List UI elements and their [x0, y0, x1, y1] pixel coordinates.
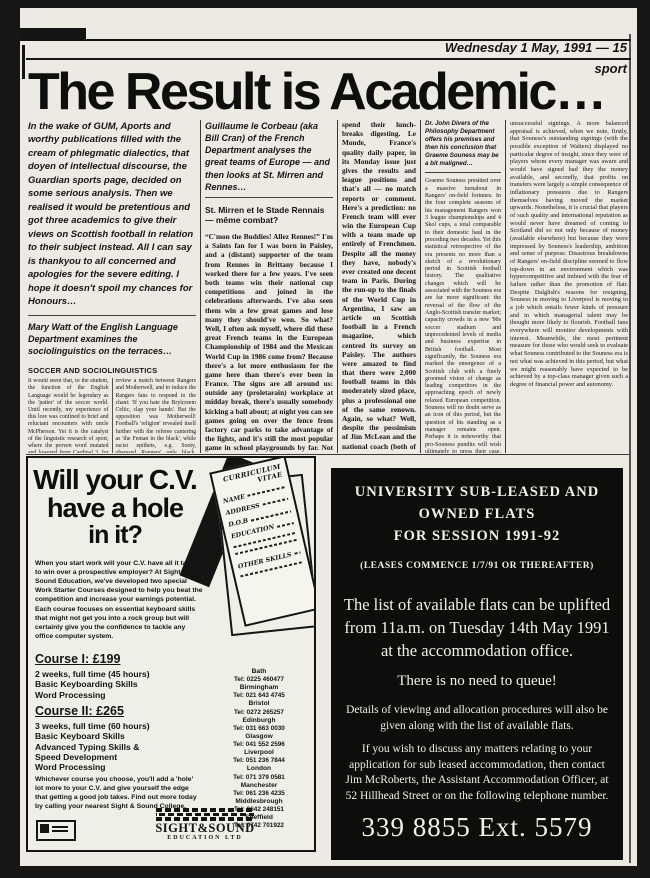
course-2-block: Course II: £265 3 weeks, full time (60 h… — [35, 704, 211, 773]
course-2-detail: Word Processing — [35, 762, 211, 772]
phone-entry: BathTel: 0225 460477 — [208, 668, 310, 684]
byline-french: Guillaume le Corbeau (aka Bill Cran) of … — [205, 120, 333, 198]
flats-ad-no-queue: There is no need to queue! — [343, 672, 611, 692]
flats-ad-paragraph-3: Details of viewing and allocation proced… — [343, 703, 611, 734]
column-rule — [505, 120, 506, 453]
handwriting-line — [294, 552, 301, 555]
phone-entry: LiverpoolTel: 051 236 7844 — [208, 749, 310, 765]
article-columns: In the wake of GUM, Aports and worthy pu… — [28, 120, 629, 453]
cv-label-name: NAME — [222, 493, 245, 505]
phone-directory: BathTel: 0225 460477 BirminghamTel: 021 … — [208, 668, 310, 830]
cv-ad-headline: Will your C.V. have a hole in it? — [30, 466, 200, 548]
byline-sociolinguistics: Mary Watt of the English Language Depart… — [28, 321, 196, 357]
french-text-2: spend their lunch-breaks digesting. Le M… — [342, 120, 416, 453]
page-headline: The Result is Academic… — [28, 66, 604, 118]
french-text-1: “C'mon the Buddies! Allez Rennes!” I'm a… — [205, 232, 333, 453]
phone-entry: GlasgowTel: 041 552 2596 — [208, 733, 310, 749]
flats-ad-title-line: UNIVERSITY SUB-LEASED AND — [343, 482, 611, 504]
masthead-rule-block — [20, 28, 86, 41]
course-2-detail: 3 weeks, full time (60 hours) — [35, 721, 211, 731]
logo-subtitle: EDUCATION LTD — [146, 835, 264, 842]
subhead-french: St. Mirren et le Stade Rennais — même co… — [205, 205, 333, 226]
flats-ad-title-line: FOR SESSION 1991-92 — [343, 526, 611, 548]
flats-ad-title-line: OWNED FLATS — [343, 504, 611, 526]
phone-entry: ManchesterTel: 061 236 4235 — [208, 782, 310, 798]
phone-entry: LondonTel: 071 379 0581 — [208, 765, 310, 781]
cv-ad-closing: Whichever course you choose, you'll add … — [35, 776, 203, 812]
handwriting-line — [262, 498, 288, 506]
course-1-detail: Basic Keyboarding Skills — [35, 679, 211, 689]
page-edge-rule — [629, 34, 631, 863]
logo-bars-icon — [146, 808, 264, 821]
philosophy-text-1: Graeme Souness presided over a massive t… — [425, 178, 501, 453]
column-french-continued: spend their lunch-breaks digesting. Le M… — [342, 120, 416, 453]
flats-ad-paragraph-1: The list of available flats can be uplif… — [343, 593, 611, 663]
flats-ad-title: UNIVERSITY SUB-LEASED AND OWNED FLATS FO… — [343, 482, 611, 547]
cv-ad-headline-line: have a hole — [30, 495, 200, 523]
course-2-detail: Basic Keyboard Skills — [35, 731, 211, 741]
handwriting-line — [248, 486, 286, 497]
course-2-title: Course II: £265 — [35, 704, 211, 719]
column-rule — [337, 120, 338, 453]
sociolinguistics-text: It would seem that, to the student, the … — [28, 378, 196, 453]
flats-ad-phone-number: 339 8855 Ext. 5579 — [343, 813, 611, 843]
heading-sociolinguistics: SOCCER AND SOCIOLINGUISTICS — [28, 366, 196, 375]
handwriting-line — [251, 510, 291, 521]
scan-edge-mark — [22, 45, 25, 79]
cv-ad-paragraph-2: Each course focuses on essential keyboar… — [35, 606, 205, 642]
dateline: Wednesday 1 May, 1991 — 15 — [445, 41, 627, 54]
course-1-detail: 2 weeks, full time (45 hours) — [35, 669, 211, 679]
course-2-detail: Advanced Typing Skills & — [35, 742, 211, 752]
cv-label-other-skills: OTHER SKILLS — [237, 551, 292, 570]
article-intro: In the wake of GUM, Aports and worthy pu… — [28, 120, 196, 316]
course-1-detail: Word Processing — [35, 690, 211, 700]
cv-ad-paragraph-1: When you start work will your C.V. have … — [35, 560, 205, 605]
publisher-stamp-icon — [36, 820, 76, 841]
flats-ad-lease-note: (LEASES COMMENCE 1/7/91 OR THEREAFTER) — [343, 560, 611, 572]
column-french: Guillaume le Corbeau (aka Bill Cran) of … — [205, 120, 333, 453]
column-rule — [200, 120, 201, 453]
cv-ad-headline-line: in it? — [30, 522, 200, 548]
cv-course-ad: Will your C.V. have a hole in it? CURRIC… — [26, 456, 316, 852]
handwriting-line — [277, 522, 294, 528]
sight-and-sound-logo: SIGHT&SOUND EDUCATION LTD — [146, 808, 264, 842]
newspaper-page: Wednesday 1 May, 1991 — 15 sport The Res… — [20, 8, 637, 866]
flats-ad-paragraph-4: If you wish to discuss any matters relat… — [343, 742, 611, 804]
logo-name: SIGHT&SOUND — [146, 822, 264, 836]
university-flats-ad: UNIVERSITY SUB-LEASED AND OWNED FLATS FO… — [331, 468, 623, 860]
cv-document-illustration: CURRICULUM VITAE NAME ADDRESS D.O.B EDUC… — [199, 460, 311, 665]
column-philosophy: Dr. John Divers of the Philosophy Depart… — [425, 120, 501, 453]
column-rule — [420, 120, 421, 453]
masthead-rule-bottom — [26, 58, 631, 60]
phone-entry: BirminghamTel: 021 643 4745 — [208, 684, 310, 700]
course-1-title: Course I: £199 — [35, 652, 211, 667]
course-2-detail: Speed Development — [35, 752, 211, 762]
philosophy-text-2: unsuccessful signings. A more balanced a… — [510, 120, 628, 453]
cv-ad-headline-line: Will your C.V. — [30, 466, 200, 495]
ads-separator-rule — [26, 454, 629, 455]
column-philosophy-continued: unsuccessful signings. A more balanced a… — [510, 120, 628, 453]
phone-entry: EdinburghTel: 031 663 0030 — [208, 717, 310, 733]
column-sociolinguistics: In the wake of GUM, Aports and worthy pu… — [28, 120, 196, 453]
cv-label-dob: D.O.B — [228, 517, 249, 529]
phone-entry: BristolTel: 0272 265257 — [208, 700, 310, 716]
byline-philosophy: Dr. John Divers of the Philosophy Depart… — [425, 120, 501, 173]
course-1-block: Course I: £199 2 weeks, full time (45 ho… — [35, 652, 211, 700]
